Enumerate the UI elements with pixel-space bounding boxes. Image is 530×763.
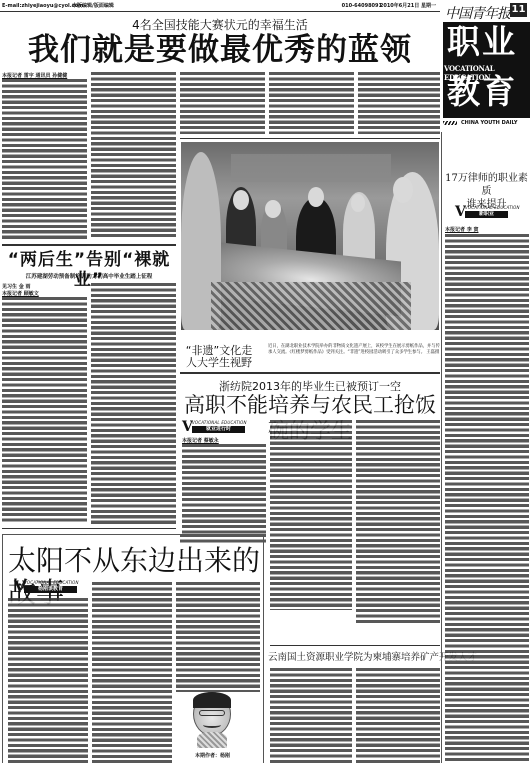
column-author: 本期作者：杨刚	[195, 752, 230, 759]
top-meta-bar: E-mail:zhiyejiaoyu@cyol.com 本版编辑/版面编辑 01…	[0, 0, 440, 12]
photo-caption-title: “非遗”文化走人大学生视野	[183, 345, 255, 369]
column-story-col-3	[176, 582, 260, 692]
bottom-story-col-2	[356, 668, 440, 763]
lead-byline: 本报记者 雷宇 通讯员 孙健健	[2, 72, 67, 79]
mid-story-section-badge: V VOCATIONAL EDUCATION 就业进行时	[182, 420, 262, 434]
photo-table	[211, 282, 411, 330]
mid-story-col-1	[182, 444, 266, 534]
date-meta: 2010年6月21日 星期一	[380, 1, 436, 11]
section-title-2: 教育	[447, 74, 517, 110]
right-story-section-badge: V VOCATIONAL EDUCATION 新职业	[455, 205, 529, 219]
divider	[2, 528, 176, 529]
photo-banner	[231, 154, 391, 182]
photo-face	[308, 187, 324, 207]
lead-article-col-2	[91, 72, 176, 239]
badge-cn: 杨刚谈教育	[24, 586, 77, 593]
left-story-byline-1: 见习生 金 雨	[2, 283, 30, 290]
right-story-col	[445, 234, 529, 763]
date: 2010年6月21日	[380, 3, 419, 9]
caption-body: 近日，在湖北职业技术学院举办的非物质文化遗产展上，该校学生在展示剪纸作品，并与传…	[268, 344, 440, 355]
weekday: 星期一	[421, 3, 436, 9]
lead-kicker: 4名全国技能大赛状元的幸福生活	[0, 16, 440, 33]
paper-en-name: CHINA YOUTH DAILY	[461, 120, 518, 126]
photo-caption-text: 近日，在湖北职业技术学院举办的非物质文化遗产展上，该校学生在展示剪纸作品，并与传…	[268, 344, 440, 355]
badge-en: VOCATIONAL EDUCATION	[192, 420, 247, 425]
section-editor: 本版编辑/版面编辑	[72, 1, 114, 11]
news-photo	[181, 142, 439, 330]
mid-story-col-3	[356, 420, 440, 625]
lead-article-col-4	[269, 72, 354, 134]
right-story-byline: 本报记者 李 寅	[445, 226, 478, 233]
divider	[2, 244, 176, 246]
photo-credit: 王磊摄	[426, 350, 439, 355]
masthead: 中国青年报 11 职业 VOCATIONAL EDUCATION 教育 CHIN…	[441, 0, 530, 130]
lead-headline: 我们就是要做最优秀的蓝领	[0, 32, 440, 68]
column-story-section-badge: V VOCATIONAL EDUCATION 杨刚谈教育	[14, 580, 94, 594]
bottom-story-col-1	[270, 668, 352, 763]
page-number: 11	[510, 3, 527, 17]
phone-meta: 010-64098091	[342, 1, 382, 11]
lead-article-col-5	[358, 72, 440, 134]
photo-face	[393, 177, 413, 203]
lead-article-col-1	[2, 79, 87, 239]
paper-tagline: CHINA YOUTH DAILY	[443, 119, 530, 127]
badge-cn: 新职业	[465, 211, 508, 218]
cartoon-body	[197, 732, 227, 748]
stripes-decoration	[443, 121, 457, 125]
right-headline-line-1: 17万律师的职业素质	[443, 172, 530, 198]
mid-story-byline: 本报记者 蔡敏永	[182, 437, 219, 444]
badge-en: VOCATIONAL EDUCATION	[24, 580, 79, 585]
divider	[180, 372, 440, 374]
divider	[270, 645, 440, 646]
photo-face	[233, 190, 249, 210]
badge-en: VOCATIONAL EDUCATION	[465, 205, 520, 210]
column-story-col-2	[92, 582, 172, 763]
cartoon-hair	[193, 692, 231, 708]
photo-face	[265, 200, 281, 218]
column-divider	[441, 132, 442, 763]
column-story-col-1	[8, 598, 88, 763]
newspaper-logo: 中国青年报	[445, 3, 510, 23]
left-story-subhead: 江苏建湖劳动预备制培训助力初高中毕业生踏上征程	[0, 272, 178, 280]
lead-article-col-3	[180, 72, 265, 134]
section-title-box: 职业 VOCATIONAL EDUCATION 教育	[443, 22, 530, 118]
cartoon-glasses-icon	[199, 710, 225, 716]
left-story-byline-2: 本报记者 顾敏文	[2, 290, 39, 297]
left-story-col-1	[2, 297, 87, 524]
bottom-story-headline: 云南国土资源职业学院为柬埔寨培养矿产开发人才	[268, 652, 440, 664]
divider	[180, 138, 440, 139]
author-cartoon	[185, 692, 241, 750]
left-story-col-2	[91, 283, 176, 524]
section-title-1: 职业	[447, 24, 517, 60]
badge-cn: 就业进行时	[192, 426, 245, 433]
cartoon-smile	[203, 722, 221, 728]
mid-story-col-2	[270, 420, 352, 610]
photo-face	[351, 194, 365, 212]
